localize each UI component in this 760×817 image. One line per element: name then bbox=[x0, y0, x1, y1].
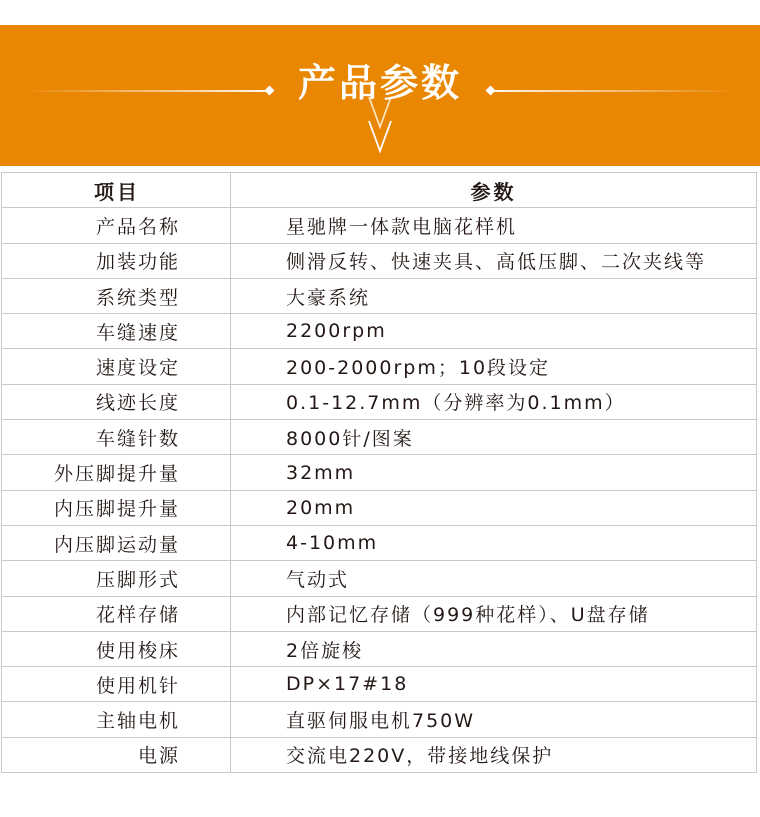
row-item-label: 使用梭床 bbox=[2, 631, 231, 666]
row-item-value: 交流电220V，带接地线保护 bbox=[231, 737, 757, 772]
table-row: 压脚形式 气动式 bbox=[2, 561, 757, 596]
row-item-value: 侧滑反转、快速夹具、高低压脚、二次夹线等 bbox=[231, 243, 757, 278]
row-item-label: 内压脚提升量 bbox=[2, 490, 231, 525]
table-row: 花样存储 内部记忆存储（999种花样）、U盘存储 bbox=[2, 596, 757, 631]
row-item-label: 压脚形式 bbox=[2, 561, 231, 596]
row-item-label: 系统类型 bbox=[2, 278, 231, 313]
row-item-value: DP×17#18 bbox=[231, 667, 757, 702]
table-row: 外压脚提升量 32mm bbox=[2, 455, 757, 490]
row-item-value: 0.1-12.7mm（分辨率为0.1mm） bbox=[231, 384, 757, 419]
row-item-label: 加装功能 bbox=[2, 243, 231, 278]
product-params-table: 项目 参数 产品名称 星驰牌一体款电脑花样机 加装功能 侧滑反转、快速夹具、高低… bbox=[1, 172, 757, 773]
table-row: 车缝针数 8000针/图案 bbox=[2, 420, 757, 455]
table-header-row: 项目 参数 bbox=[2, 173, 757, 208]
table-row: 加装功能 侧滑反转、快速夹具、高低压脚、二次夹线等 bbox=[2, 243, 757, 278]
decorative-line-right-icon bbox=[490, 90, 740, 92]
row-item-label: 车缝速度 bbox=[2, 314, 231, 349]
row-item-label: 电源 bbox=[2, 737, 231, 772]
table-row: 产品名称 星驰牌一体款电脑花样机 bbox=[2, 208, 757, 243]
row-item-label: 使用机针 bbox=[2, 667, 231, 702]
row-item-value: 大豪系统 bbox=[231, 278, 757, 313]
table-row: 使用机针 DP×17#18 bbox=[2, 667, 757, 702]
row-item-value: 直驱伺服电机750W bbox=[231, 702, 757, 737]
table-row: 车缝速度 2200rpm bbox=[2, 314, 757, 349]
row-item-value: 2200rpm bbox=[231, 314, 757, 349]
header-value: 参数 bbox=[231, 173, 757, 208]
table-row: 内压脚运动量 4-10mm bbox=[2, 525, 757, 560]
row-item-value: 32mm bbox=[231, 455, 757, 490]
row-item-value: 气动式 bbox=[231, 561, 757, 596]
row-item-value: 8000针/图案 bbox=[231, 420, 757, 455]
row-item-label: 主轴电机 bbox=[2, 702, 231, 737]
row-item-value: 内部记忆存储（999种花样）、U盘存储 bbox=[231, 596, 757, 631]
row-item-value: 200-2000rpm；10段设定 bbox=[231, 349, 757, 384]
row-item-value: 星驰牌一体款电脑花样机 bbox=[231, 208, 757, 243]
row-item-label: 外压脚提升量 bbox=[2, 455, 231, 490]
section-banner: 产品参数 bbox=[0, 25, 760, 166]
table-row: 系统类型 大豪系统 bbox=[2, 278, 757, 313]
table-row: 主轴电机 直驱伺服电机750W bbox=[2, 702, 757, 737]
row-item-value: 20mm bbox=[231, 490, 757, 525]
row-item-label: 产品名称 bbox=[2, 208, 231, 243]
row-item-value: 2倍旋梭 bbox=[231, 631, 757, 666]
row-item-label: 线迹长度 bbox=[2, 384, 231, 419]
row-item-label: 车缝针数 bbox=[2, 420, 231, 455]
row-item-value: 4-10mm bbox=[231, 525, 757, 560]
table-row: 使用梭床 2倍旋梭 bbox=[2, 631, 757, 666]
row-item-label: 花样存储 bbox=[2, 596, 231, 631]
row-item-label: 速度设定 bbox=[2, 349, 231, 384]
header-item: 项目 bbox=[2, 173, 231, 208]
double-chevron-down-icon bbox=[360, 95, 400, 175]
table-row: 内压脚提升量 20mm bbox=[2, 490, 757, 525]
table-row: 线迹长度 0.1-12.7mm（分辨率为0.1mm） bbox=[2, 384, 757, 419]
table-row: 速度设定 200-2000rpm；10段设定 bbox=[2, 349, 757, 384]
table-row: 电源 交流电220V，带接地线保护 bbox=[2, 737, 757, 772]
row-item-label: 内压脚运动量 bbox=[2, 525, 231, 560]
